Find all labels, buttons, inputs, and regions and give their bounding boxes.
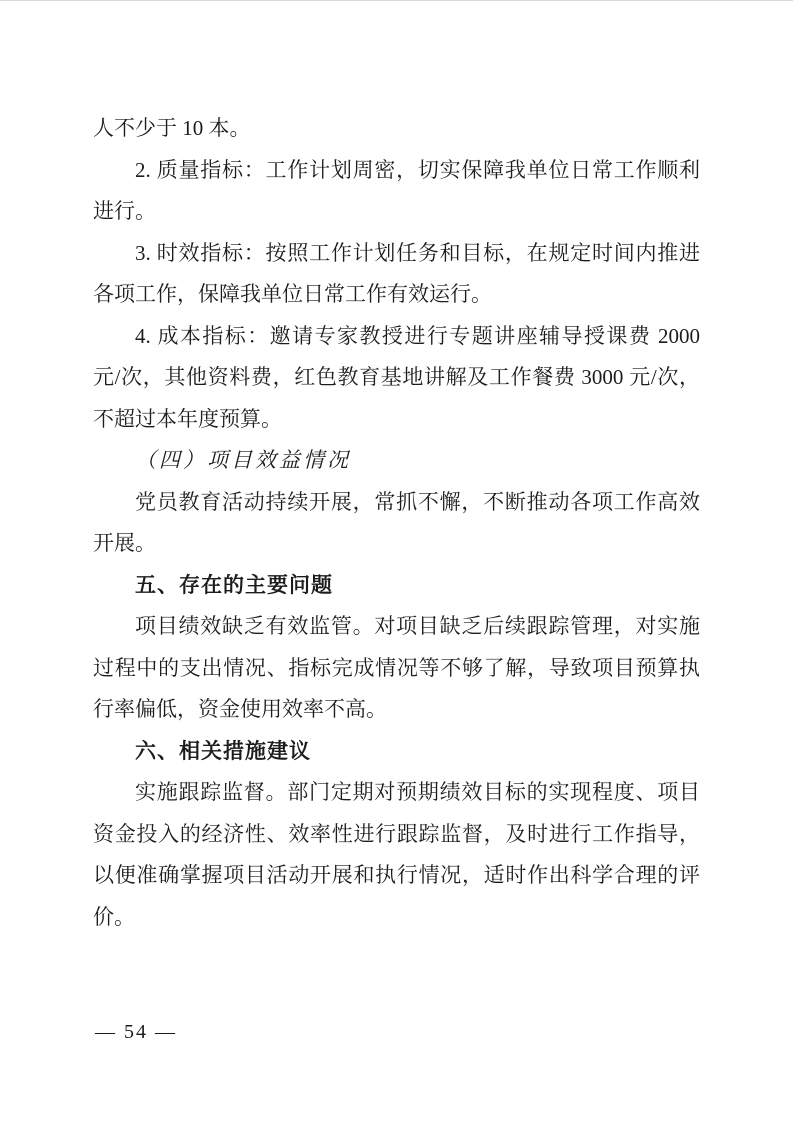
body-paragraph: 3. 时效指标：按照工作计划任务和目标，在规定时间内推进各项工作，保障我单位日常… xyxy=(93,233,700,316)
text-line: 党员教育活动持续开展，常抓不懈，不断推动各项工作高效 xyxy=(93,482,700,524)
text-line: 以便准确掌握项目活动开展和执行情况，适时作出科学合理的评 xyxy=(93,855,700,897)
text-line: 价。 xyxy=(93,897,700,939)
body-paragraph: 2. 质量指标：工作计划周密，切实保障我单位日常工作顺利进行。 xyxy=(93,150,700,233)
text-line: （四）项目效益情况 xyxy=(93,440,700,482)
text-line: 人不少于 10 本。 xyxy=(93,108,700,150)
body-paragraph: 4. 成本指标：邀请专家教授进行专题讲座辅导授课费 2000元/次，其他资料费，… xyxy=(93,316,700,441)
text-line: 过程中的支出情况、指标完成情况等不够了解，导致项目预算执 xyxy=(93,648,700,690)
text-line: 3. 时效指标：按照工作计划任务和目标，在规定时间内推进 xyxy=(93,233,700,275)
page-number: — 54 — xyxy=(95,1021,177,1044)
page-top-edge xyxy=(0,0,793,1)
document-page: 人不少于 10 本。2. 质量指标：工作计划周密，切实保障我单位日常工作顺利进行… xyxy=(0,0,793,1122)
document-body: 人不少于 10 本。2. 质量指标：工作计划周密，切实保障我单位日常工作顺利进行… xyxy=(93,108,700,938)
section-heading: 六、相关措施建议 xyxy=(93,731,700,773)
text-line: 五、存在的主要问题 xyxy=(93,565,700,607)
text-line: 2. 质量指标：工作计划周密，切实保障我单位日常工作顺利 xyxy=(93,150,700,192)
text-line: 各项工作，保障我单位日常工作有效运行。 xyxy=(93,274,700,316)
body-paragraph: 党员教育活动持续开展，常抓不懈，不断推动各项工作高效开展。 xyxy=(93,482,700,565)
text-line: 实施跟踪监督。部门定期对预期绩效目标的实现程度、项目 xyxy=(93,772,700,814)
body-paragraph: 人不少于 10 本。 xyxy=(93,108,700,150)
text-line: 不超过本年度预算。 xyxy=(93,399,700,441)
body-paragraph: 项目绩效缺乏有效监管。对项目缺乏后续跟踪管理，对实施过程中的支出情况、指标完成情… xyxy=(93,606,700,731)
text-line: 开展。 xyxy=(93,523,700,565)
text-line: 项目绩效缺乏有效监管。对项目缺乏后续跟踪管理，对实施 xyxy=(93,606,700,648)
text-line: 资金投入的经济性、效率性进行跟踪监督，及时进行工作指导， xyxy=(93,814,700,856)
body-paragraph: 实施跟踪监督。部门定期对预期绩效目标的实现程度、项目资金投入的经济性、效率性进行… xyxy=(93,772,700,938)
section-heading: 五、存在的主要问题 xyxy=(93,565,700,607)
text-line: 行率偏低，资金使用效率不高。 xyxy=(93,689,700,731)
text-line: 六、相关措施建议 xyxy=(93,731,700,773)
text-line: 4. 成本指标：邀请专家教授进行专题讲座辅导授课费 2000 xyxy=(93,316,700,358)
text-line: 元/次，其他资料费，红色教育基地讲解及工作餐费 3000 元/次， xyxy=(93,357,700,399)
text-line: 进行。 xyxy=(93,191,700,233)
subsection-heading: （四）项目效益情况 xyxy=(93,440,700,482)
